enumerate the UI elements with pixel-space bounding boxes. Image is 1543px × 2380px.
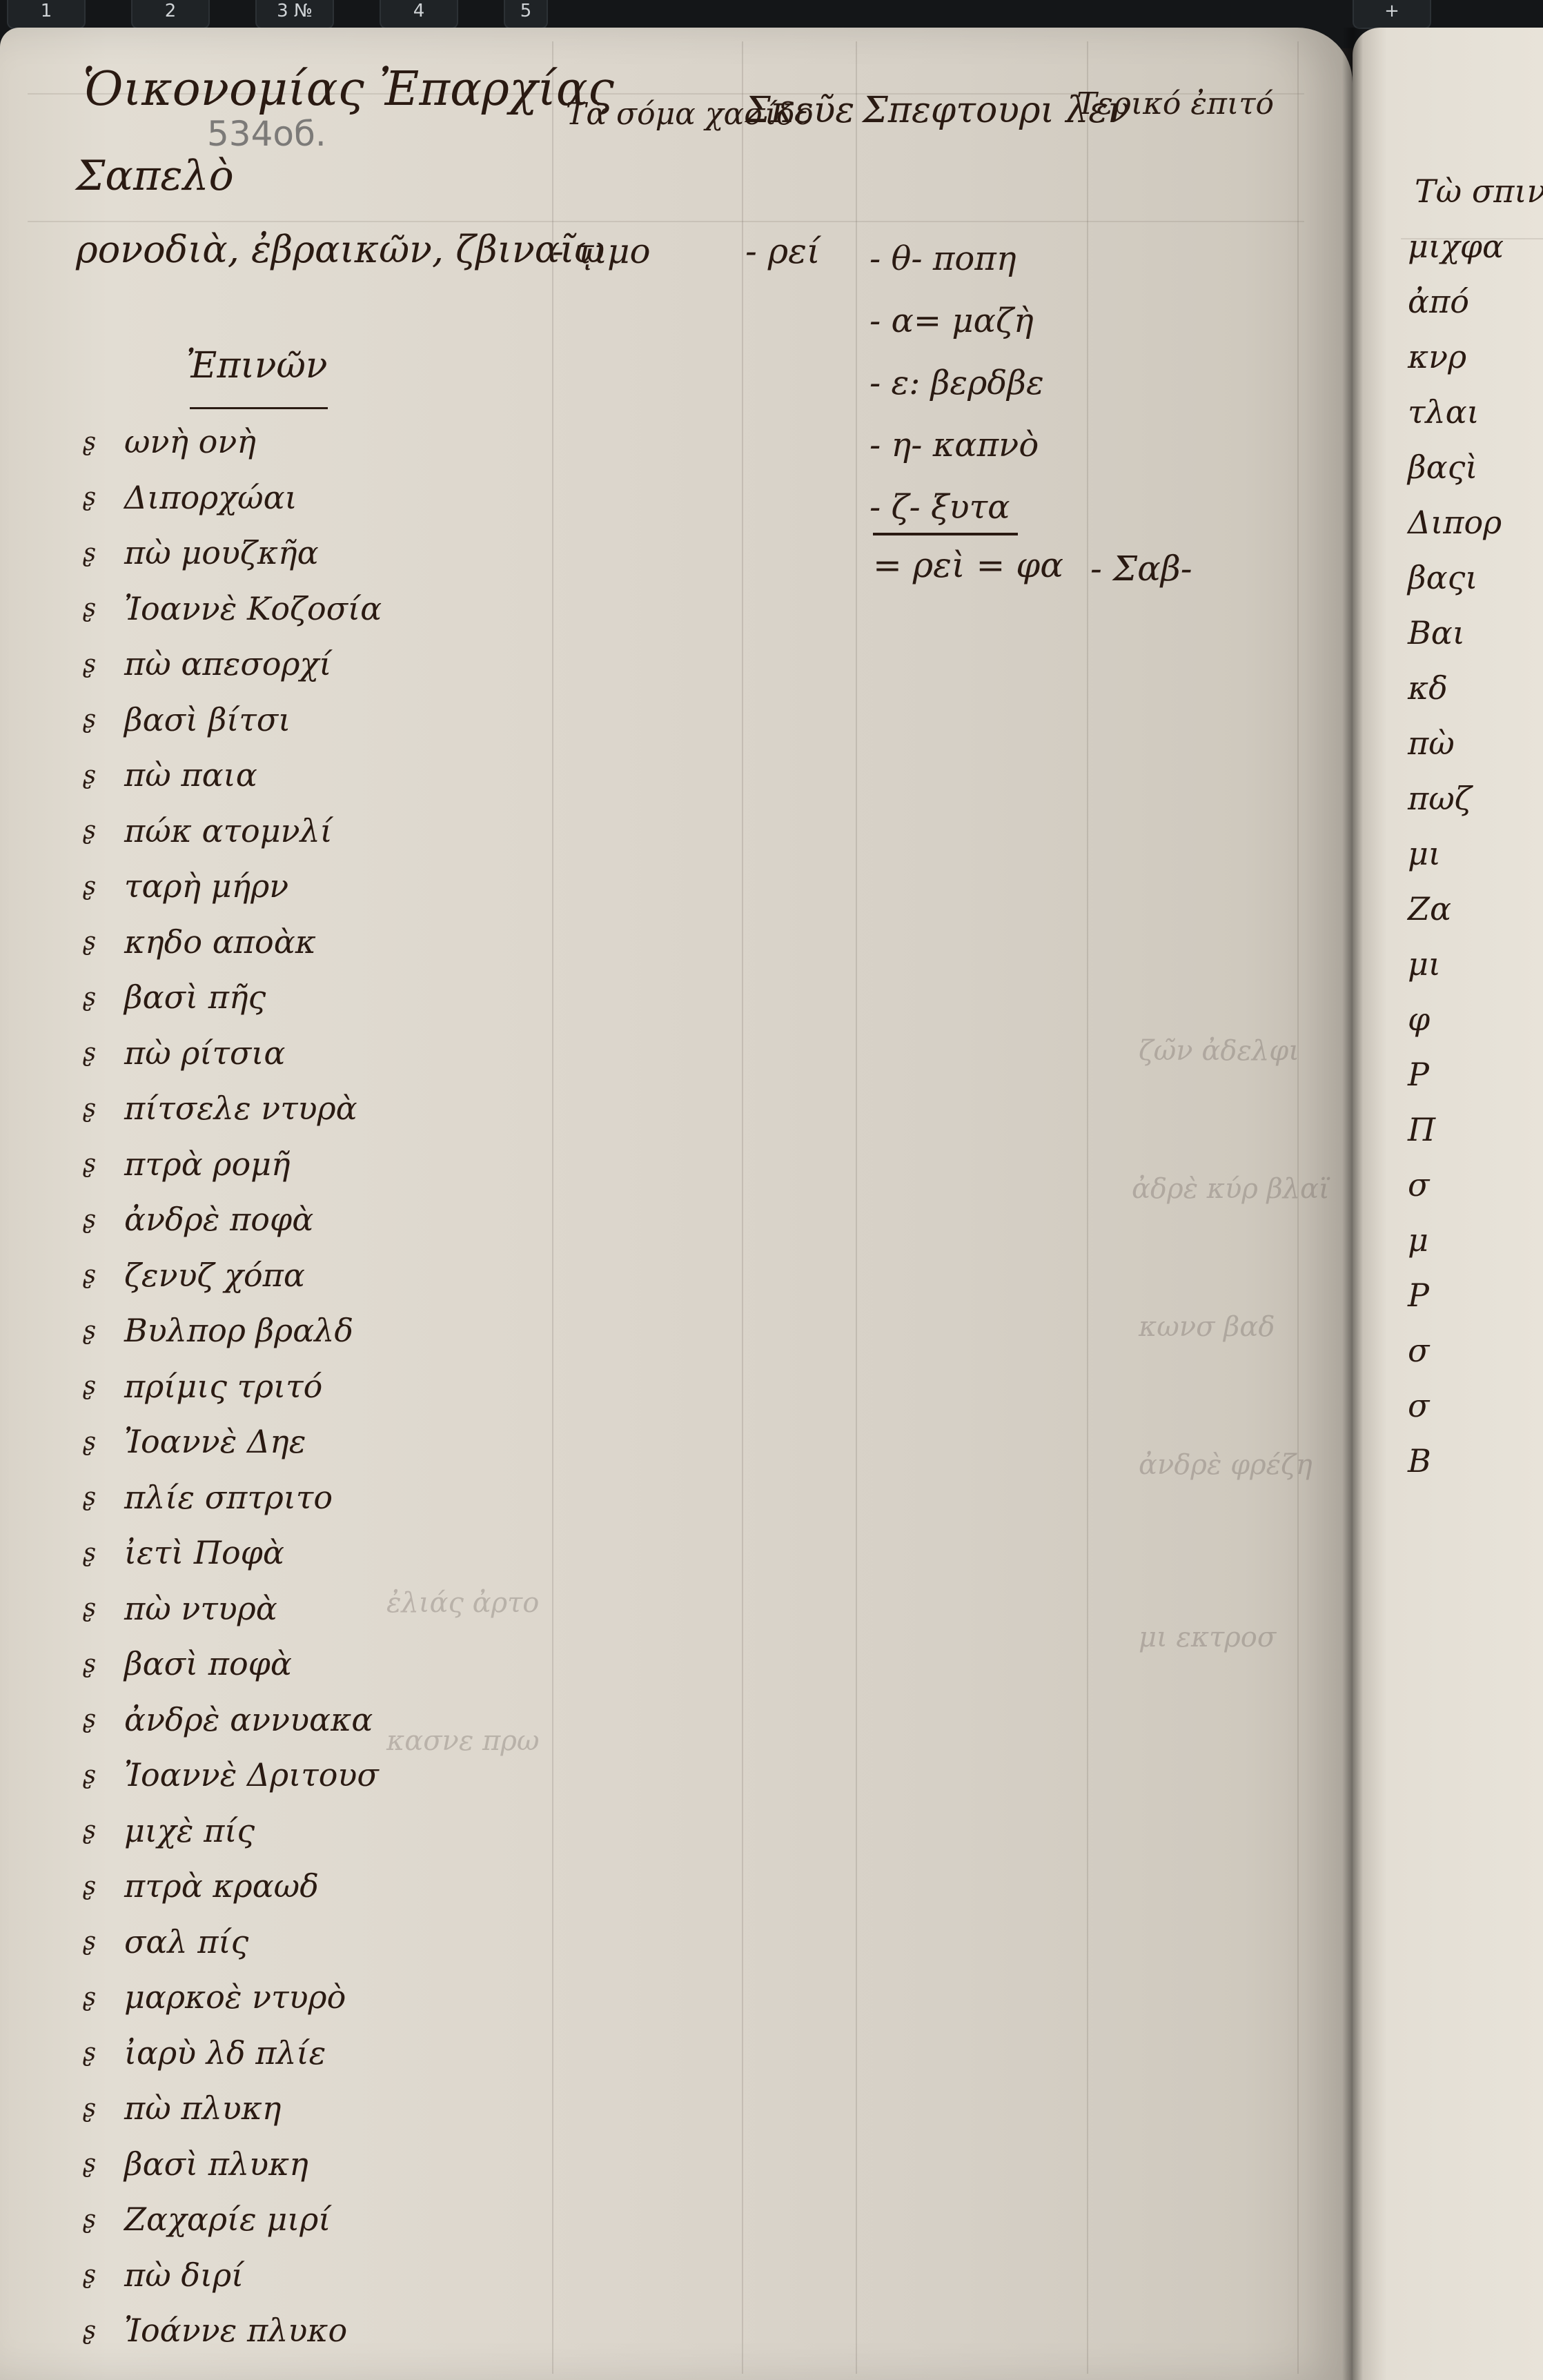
list-item: ʂΔιπορχώαι: [83, 470, 382, 526]
list-item: ʂἀνδρὲ ποφὰ: [83, 1192, 382, 1248]
list-item: φ: [1408, 1001, 1504, 1056]
entry-text: ρονοδιὰ, ἐβραικῶν, ζβιναῖῳ: [76, 228, 605, 271]
list-item: ʂταρὴ μήρν: [83, 858, 382, 914]
list-item: πὼ: [1408, 725, 1504, 780]
list-item: σ: [1408, 1166, 1504, 1221]
breakdown-item: - η- καπνὸ: [869, 414, 1044, 476]
entry-value: - ρεί: [745, 231, 820, 271]
right-page-header: Τὼ σπιν: [1415, 173, 1543, 210]
list-item: ʂωνὴ ονὴ: [83, 414, 382, 470]
sum-tail: - Σαβ-: [1090, 549, 1192, 589]
list-item: ʂΖαχαρίε μιρί: [83, 2192, 382, 2248]
list-item: ʂσαλ πίς: [83, 1914, 382, 1970]
bleed-through-text: κωνσ βαδ: [1139, 1311, 1275, 1343]
list-item: ʂπὼ απεσορχί: [83, 636, 382, 692]
list-item: Διπορ: [1408, 504, 1504, 559]
bleed-through-text: ἐλιάς ἀρτο: [386, 1587, 539, 1619]
book-gutter: [1342, 28, 1363, 2380]
sum-total: = ρεὶ = φα: [873, 545, 1063, 585]
right-page-list: μιχφα ἀπό κνρ τλαι βαςὶ Διπορ βαςι Βαι κ…: [1408, 228, 1504, 1497]
key: 4: [380, 0, 458, 29]
list-item: βαςι: [1408, 559, 1504, 614]
key: 1: [7, 0, 86, 29]
list-item: ʂΒυλπορ βραλδ: [83, 1303, 382, 1359]
list-item: ʂἰετὶ Ποφὰ: [83, 1525, 382, 1581]
list-item: ʂπὼ πλυκη: [83, 2081, 382, 2136]
bleed-through-text: μι εκτροσ: [1139, 1622, 1276, 1653]
bleed-through-text: κασνε πρω: [386, 1725, 539, 1757]
bleed-through-text: ἀνδρὲ φρέζη: [1139, 1449, 1313, 1481]
list-item: Βαι: [1408, 614, 1504, 669]
key: +: [1353, 0, 1431, 29]
key: 5: [504, 0, 548, 29]
ruling-line: [1087, 41, 1088, 2374]
list-item: μ: [1408, 1221, 1504, 1277]
ruling-line: [552, 41, 553, 2374]
list-item: ʂἰαρὺ λδ πλίε: [83, 2025, 382, 2081]
list-item: ʂπλίε σπτριτο: [83, 1470, 382, 1526]
list-item: ʂπὼ διρί: [83, 2248, 382, 2303]
list-item: ʂζενυζ χόπα: [83, 1248, 382, 1304]
list-item: ʂπὼ παια: [83, 747, 382, 803]
list-item: ʂβασὶ βίτσι: [83, 692, 382, 748]
ruling-line: [742, 41, 743, 2374]
list-item: ʂἸοαννὲ Δηε: [83, 1414, 382, 1470]
list-item: ἀπό: [1408, 283, 1504, 338]
list-item: ʂἸοαννὲ Κοζοσία: [83, 581, 382, 637]
key: 3 №: [255, 0, 334, 29]
list-heading: Ἐπινῶν: [186, 345, 328, 386]
list-item: ʂβασὶ πῆς: [83, 970, 382, 1025]
page-subtitle: Σαπελὸ: [76, 152, 234, 200]
list-item: Ζα: [1408, 890, 1504, 945]
list-item: Ρ: [1408, 1056, 1504, 1111]
list-item: κνρ: [1408, 338, 1504, 393]
list-item: σ: [1408, 1332, 1504, 1387]
sum-rule: [873, 533, 1018, 535]
heading-underline: [190, 407, 328, 409]
list-item: ʂπὼ ρίτσια: [83, 1025, 382, 1081]
list-item: μιχφα: [1408, 228, 1504, 283]
entry-value: - τιμο: [552, 231, 651, 271]
list-item: σ: [1408, 1387, 1504, 1442]
list-item: ʂκηδο αποὰκ: [83, 914, 382, 970]
column-header: Σκεῦε: [745, 90, 854, 131]
list-item: τλαι: [1408, 393, 1504, 449]
list-item: ʂπτρὰ κραωδ: [83, 1858, 382, 1914]
list-item: ʂπὼ ντυρὰ: [83, 1581, 382, 1637]
breakdown-item: - ζ- ξυτα: [869, 476, 1044, 538]
list-item: Β: [1408, 1442, 1504, 1497]
list-item: ʂπώκ ατομνλί: [83, 803, 382, 859]
list-item: Ρ: [1408, 1277, 1504, 1332]
list-item: ʂπὼ μουζκῆα: [83, 525, 382, 581]
list-item: ʂπρίμις τριτό: [83, 1359, 382, 1415]
folio-number: 534об.: [207, 114, 326, 154]
key: 2: [131, 0, 210, 29]
list-item: ʂἸοάννε πλυκο: [83, 2303, 382, 2359]
list-item: πωζ: [1408, 780, 1504, 835]
breakdown-item: - α= μαζὴ: [869, 290, 1044, 352]
list-item: ʂἀνδρὲ αννυακα: [83, 1692, 382, 1748]
list-item: μι: [1408, 835, 1504, 890]
ruling-line: [856, 41, 857, 2374]
list-item: μι: [1408, 945, 1504, 1001]
list-item: ʂβασὶ ποφὰ: [83, 1636, 382, 1692]
list-item: ʂἸοαννὲ Δριτουσ: [83, 1747, 382, 1803]
list-item: ʂβασὶ πλυκη: [83, 2136, 382, 2192]
names-list: ʂωνὴ ονὴ ʂΔιπορχώαι ʂπὼ μουζκῆα ʂἸοαννὲ …: [83, 414, 382, 2359]
list-item: ʂμαρκοὲ ντυρὸ: [83, 1969, 382, 2025]
breakdown-list: - θ- ποπη - α= μαζὴ - ε: βερδβε - η- καπ…: [869, 228, 1044, 538]
list-item: ʂμιχὲ πίς: [83, 1803, 382, 1859]
ruling-line: [28, 221, 1304, 222]
bleed-through-text: ζω̃ν ἀδελφι: [1139, 1035, 1299, 1067]
breakdown-item: - θ- ποπη: [869, 228, 1044, 290]
list-item: Π: [1408, 1111, 1504, 1166]
page-title: Ὁικονομίας Ἐπαρχίας: [83, 62, 614, 117]
breakdown-item: - ε: βερδβε: [869, 352, 1044, 414]
list-item: ʂπίτσελε ντυρὰ: [83, 1081, 382, 1137]
ruling-line: [1297, 41, 1299, 2374]
list-item: κδ: [1408, 669, 1504, 725]
column-header: Τερικό ἐπιτό: [1077, 86, 1274, 121]
list-item: βαςὶ: [1408, 449, 1504, 504]
bleed-through-text: ἀδρὲ κύρ βλαϊ: [1132, 1173, 1330, 1205]
list-item: ʂπτρὰ ρομῆ: [83, 1137, 382, 1192]
